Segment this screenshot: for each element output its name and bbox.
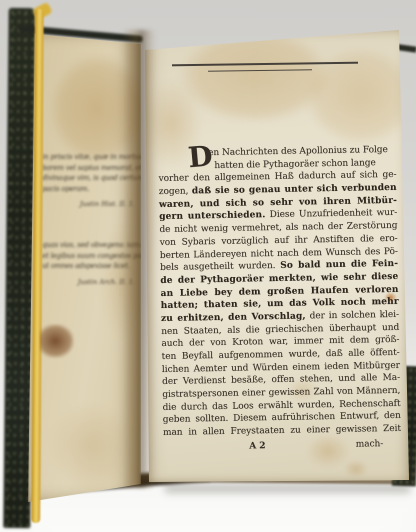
emphasized-text: waren, und sich so sehr von ihren Mitbür… xyxy=(159,196,397,210)
header-double-rule-top xyxy=(172,62,358,67)
text-line: zogen, daß sie so genau unter sich verbu… xyxy=(159,182,397,199)
text-line: hatten; thaten sie, um das Volk noch meh… xyxy=(161,296,399,313)
text-line: bels ausgetheilt wurden. So bald nun die… xyxy=(160,258,398,275)
photo-open-antique-book: in priscis vitæ, quæ in mortuum la-borem… xyxy=(0,0,416,532)
catchword: mach- xyxy=(356,438,384,451)
text-line: gistratspersonen einer gewissen Zahl von… xyxy=(162,385,400,402)
body-text-segment: die durch das Loos erwählt wurden, Reche… xyxy=(162,399,400,413)
text-line: lichen Aemter und Würden einem ieden Mit… xyxy=(162,360,400,377)
text-line: hatten die Pythagoräer schon lange xyxy=(158,157,396,174)
text-line: man in allen Freystaaten zu einer gewiss… xyxy=(163,423,401,440)
body-text-segment: ten Beyfall aufgenommen wurde, daß alle … xyxy=(162,348,400,362)
signature-line: A 2 mach- xyxy=(163,438,401,455)
body-text-segment: geben sollten. Diesem aufrührischen Entw… xyxy=(163,411,401,425)
text-line: de der Pythagoräer merkten, wie sehr die… xyxy=(160,271,398,288)
drop-cap-initial: D xyxy=(187,143,213,171)
text-block: D en Nachrichten des Apollonius zu Folge… xyxy=(158,144,401,455)
body-text-segment: berten Ländereyen nicht nach dem Wunsch … xyxy=(160,246,398,260)
text-line: auch der von Kroton war, immer mit dem g… xyxy=(161,334,399,351)
emphasized-text: an Liebe bey dem großen Haufen verloren xyxy=(160,284,398,298)
body-text-segment: vorher den allgemeinen Haß dadurch auf s… xyxy=(158,170,396,184)
foxing-stain xyxy=(384,292,397,303)
body-text-segment: en Nachrichten des Apollonius zu Folge xyxy=(208,145,388,158)
table-shadow xyxy=(165,484,410,493)
body-text-segment: zogen, xyxy=(159,186,192,197)
body-text-segment: bels ausgetheilt wurden. xyxy=(160,261,280,273)
foxing-stain xyxy=(344,460,368,478)
body-text-segment: man in allen Freystaaten zu einer gewiss… xyxy=(163,424,401,438)
body-text-segment: hatten die Pythagoräer schon lange xyxy=(214,158,376,171)
text-line: die durch das Loos erwählt wurden, Reche… xyxy=(162,398,400,415)
text-line: de nicht wenig vermehret, als nach der Z… xyxy=(159,220,397,237)
body-text-segment: der in solchen klei- xyxy=(306,310,399,322)
text-line: von Sybaris vorzüglich auf ihr Anstiften… xyxy=(160,233,398,250)
foxing-stain xyxy=(306,434,350,468)
text-line: waren, und sich so sehr von ihren Mitbür… xyxy=(159,195,397,212)
foxing-stain xyxy=(288,378,318,402)
body-text-segment: der Verdienst besäße, offen stehen, und … xyxy=(162,373,400,387)
text-line: an Liebe bey dem großen Haufen verloren xyxy=(160,283,398,300)
body-text-segment: de nicht wenig vermehret, als nach der Z… xyxy=(159,221,397,235)
right-page: D en Nachrichten des Apollonius zu Folge… xyxy=(138,22,412,488)
text-line: berten Ländereyen nicht nach dem Wunsch … xyxy=(160,245,398,262)
body-text: en Nachrichten des Apollonius zu Folgeha… xyxy=(158,144,401,440)
text-line: geben sollten. Diesem aufrührischen Entw… xyxy=(163,410,401,427)
emphasized-text: zu erhitzen, den Vorschlag, xyxy=(161,311,306,324)
emphasized-text: So bald nun die Fein- xyxy=(280,259,398,271)
text-line: ten Beyfall aufgenommen wurde, daß alle … xyxy=(162,347,400,364)
body-text-segment: nen Staaten, als die griechischen überha… xyxy=(161,322,399,336)
text-line: vorher den allgemeinen Haß dadurch auf s… xyxy=(158,169,396,186)
emphasized-text: hatten; thaten sie, um das Volk noch meh… xyxy=(161,297,399,311)
foxing-stain xyxy=(180,30,330,122)
text-line: nen Staaten, als die griechischen überha… xyxy=(161,321,399,338)
body-text-segment: gistratspersonen einer gewissen Zahl von… xyxy=(162,386,400,400)
foxing-stain xyxy=(306,48,416,144)
emphasized-text: gern unterschieden. xyxy=(159,211,265,223)
text-line: gern unterschieden. Diese Unzufriedenhei… xyxy=(159,207,397,224)
text-line: der Verdienst besäße, offen stehen, und … xyxy=(162,372,400,389)
emphasized-text: de der Pythagoräer merkten, wie sehr die… xyxy=(160,272,398,286)
body-text-segment: von Sybaris vorzüglich auf ihr Anstiften… xyxy=(160,234,398,248)
body-text-segment: Diese Unzufriedenheit wur- xyxy=(265,208,397,220)
text-line: en Nachrichten des Apollonius zu Folge xyxy=(158,144,396,161)
brown-stain xyxy=(40,324,74,358)
header-double-rule-bottom xyxy=(208,69,312,72)
signature-mark: A 2 xyxy=(249,440,265,453)
emphasized-text: daß sie so genau unter sich verbunden xyxy=(192,183,397,197)
body-text-segment: auch der von Kroton war, immer mit dem g… xyxy=(161,335,399,349)
gutter-shadow xyxy=(122,30,156,488)
text-line: zu erhitzen, den Vorschlag, der in solch… xyxy=(161,309,399,326)
body-text-segment: lichen Aemter und Würden einem ieden Mit… xyxy=(162,361,400,375)
